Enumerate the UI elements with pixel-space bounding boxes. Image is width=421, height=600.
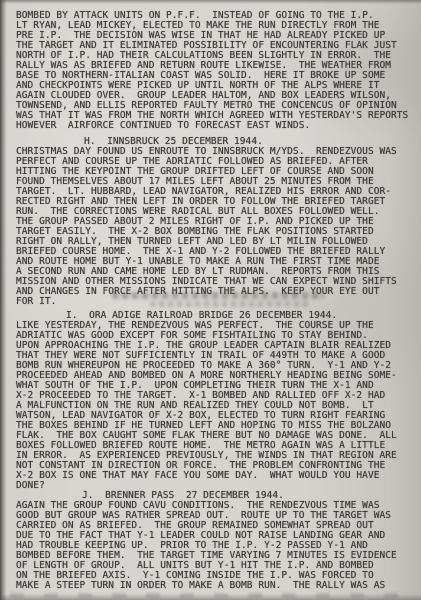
section-body-brenner-pass: AGAIN THE GROUP FOUND CAVU CONDITIONS. T…	[16, 501, 417, 591]
section-body-innsbruck: CHRISTMAS DAY FOUND US ENROUTE TO INNSBR…	[16, 147, 417, 307]
cut-off-line-smudge	[10, 593, 410, 598]
scan-edge-shadow-bottom	[0, 594, 421, 600]
scanned-document-page: BOMBED BY ATTACK UNITS ON P.F.F. INSTEAD…	[0, 0, 421, 600]
scan-edge-shadow-top	[0, 0, 421, 4]
scan-edge-shadow-left	[0, 0, 7, 600]
paragraph-pff-mission-continuation: BOMBED BY ATTACK UNITS ON P.F.F. INSTEAD…	[16, 11, 417, 131]
section-body-ora-adige: LIKE YESTERDAY, THE RENDEZVOUS WAS PERFE…	[16, 321, 417, 491]
